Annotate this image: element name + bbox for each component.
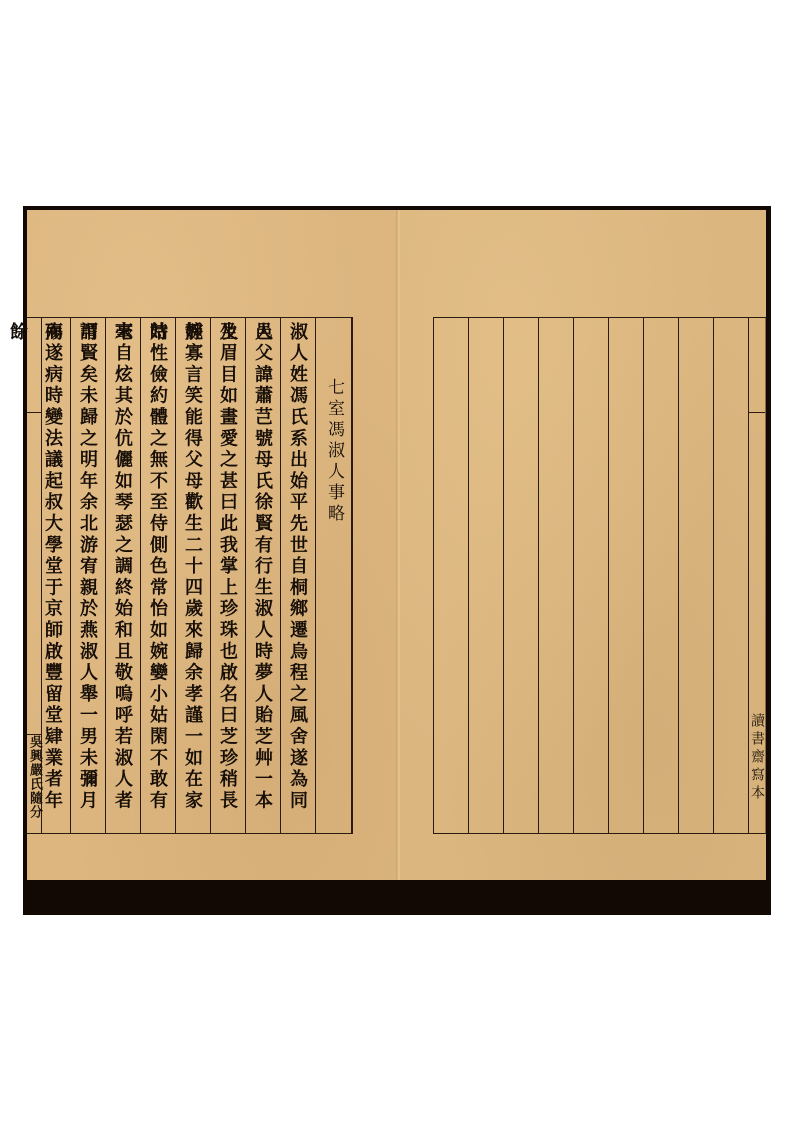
studio-margin-label: 讀書齋寫本 <box>749 713 765 833</box>
empty-column <box>539 318 574 833</box>
text-column: 謂賢矣未歸之明年余北游宥親於燕淑人舉一男未彌月而 <box>70 318 105 833</box>
text-column: 人父諱蕭芑號母氏徐賢有行生淑人時夢人貽芝艸一本及 <box>245 318 280 833</box>
left-text-frame: 吳興嚴氏隨分 七室馮淑人事略 淑人姓馮氏系出始平先世自桐鄉遷烏程之風舍遂為同邑 … <box>27 317 353 834</box>
text-column: 殤遂病時變法議起叔大學堂于京師啟豐留堂肄業者年餘 <box>35 318 70 833</box>
text-column: 淑人姓馮氏系出始平先世自桐鄉遷烏程之風舍遂為同邑 <box>280 318 315 833</box>
empty-column <box>609 318 644 833</box>
right-ruled-frame: 讀書齋寫本 <box>433 317 766 834</box>
margin-tick <box>749 412 765 413</box>
right-page: 讀書齋寫本 <box>400 210 766 880</box>
text-column: 姑性儉約體之無不至侍側色常怡如婉孌小姑閑不敢有毫 <box>140 318 175 833</box>
right-margin-strip: 讀書齋寫本 <box>749 318 766 833</box>
text-column: 末自炫其於伉儷如琴瑟之調終始和且敬嗚呼若淑人者可 <box>105 318 140 833</box>
text-column: 婉寡言笑能得父母歡生二十四歲來歸余孝謹一如在家時 <box>175 318 210 833</box>
text-columns: 七室馮淑人事略 淑人姓馮氏系出始平先世自桐鄉遷烏程之風舍遂為同邑 人父諱蕭芑號母… <box>42 318 351 833</box>
left-page: 吳興嚴氏隨分 七室馮淑人事略 淑人姓馮氏系出始平先世自桐鄉遷烏程之風舍遂為同邑 … <box>27 210 398 880</box>
article-title: 七室馮淑人事略 <box>315 318 351 833</box>
empty-column <box>504 318 539 833</box>
empty-column <box>714 318 749 833</box>
empty-column <box>434 318 469 833</box>
empty-column <box>679 318 714 833</box>
empty-column <box>574 318 609 833</box>
empty-column <box>644 318 679 833</box>
text-column: 生眉目如畫愛之甚曰此我掌上珍珠也啟名曰芝珍稍長靜 <box>210 318 245 833</box>
empty-column <box>469 318 504 833</box>
book-spread: 吳興嚴氏隨分 七室馮淑人事略 淑人姓馮氏系出始平先世自桐鄉遷烏程之風舍遂為同邑 … <box>23 206 771 915</box>
